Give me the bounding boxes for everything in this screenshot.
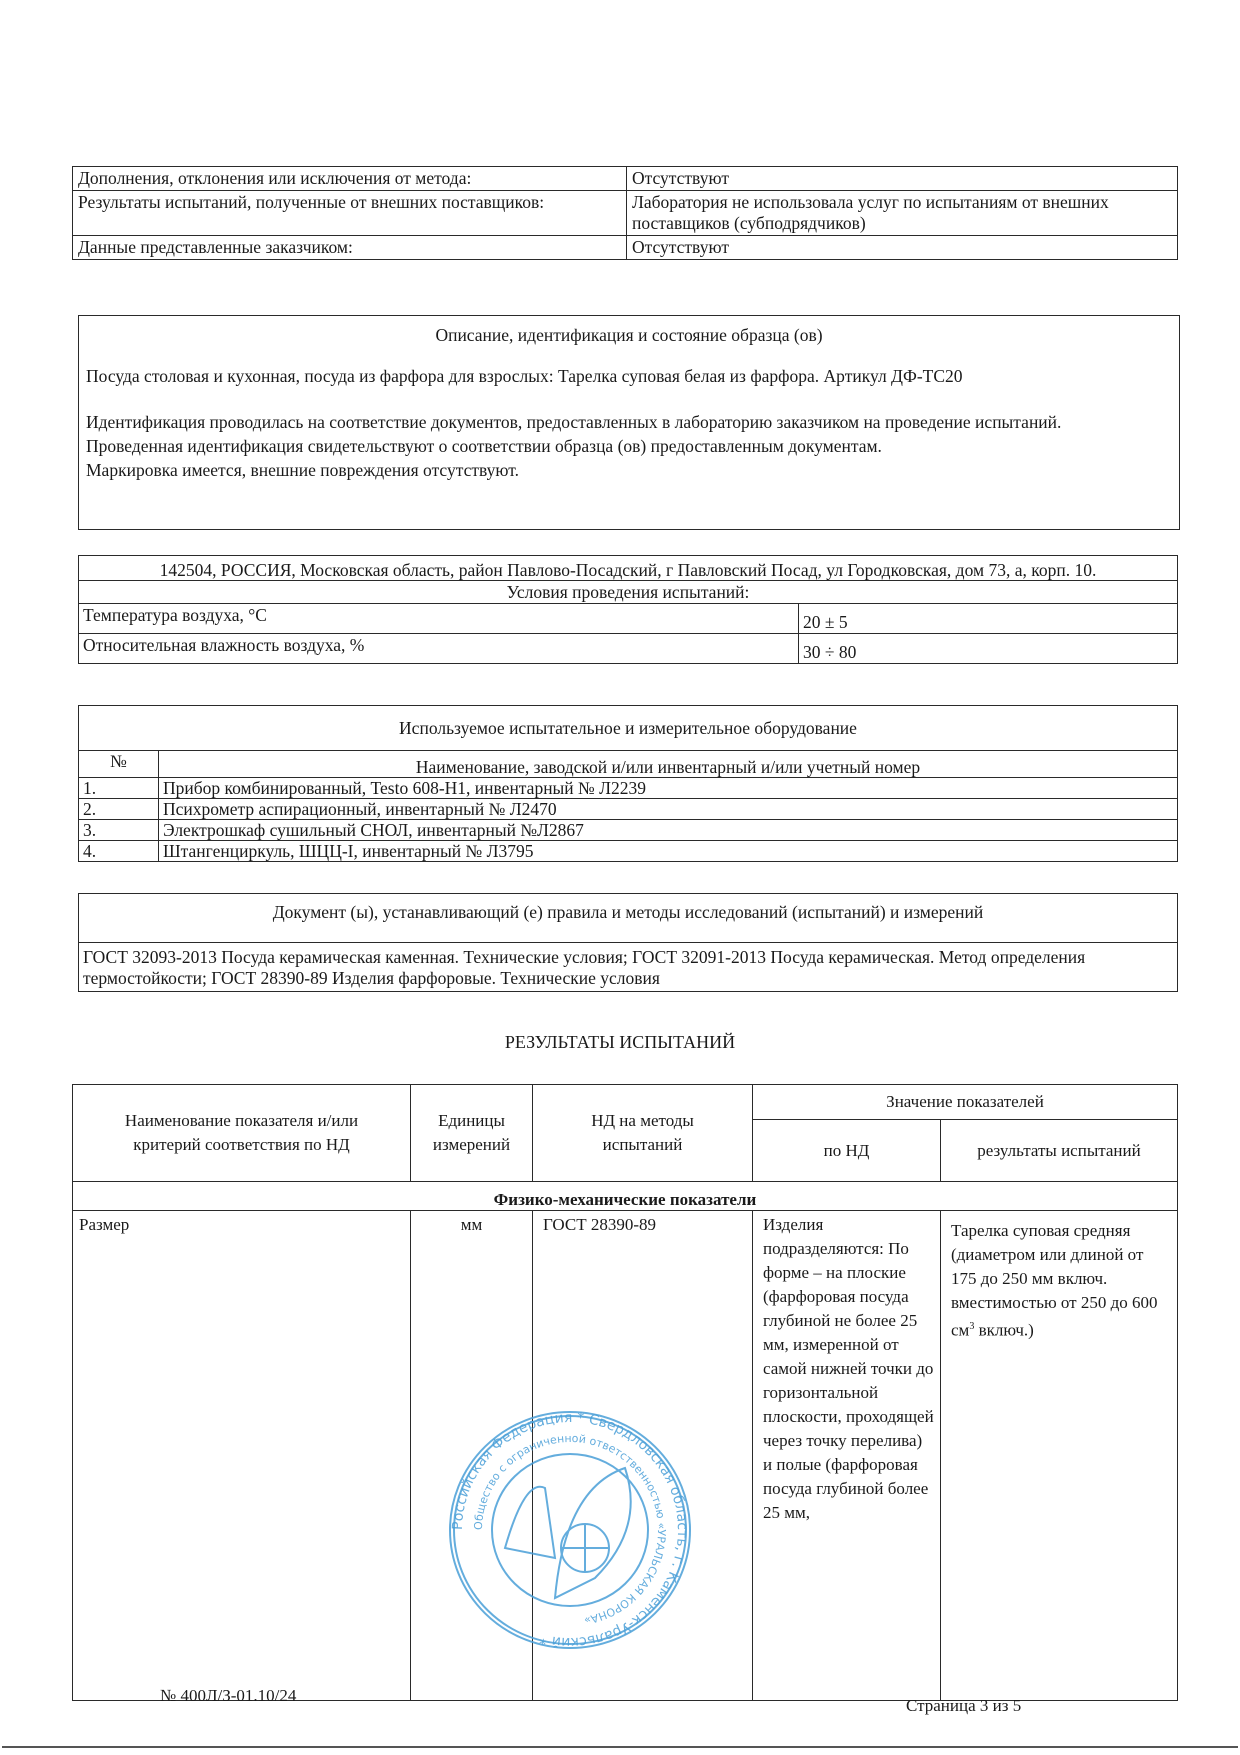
header-result: результаты испытаний (941, 1120, 1178, 1182)
header-units: Единицы измерений (411, 1085, 533, 1182)
result-indicator: Размер (73, 1211, 411, 1701)
info-label: Данные представленные заказчиком: (73, 236, 627, 260)
page-edge-divider (2, 1746, 1238, 1748)
sample-description-box: Описание, идентификация и состояние обра… (78, 315, 1180, 530)
equipment-name: Прибор комбинированный, Testo 608-H1, ин… (159, 778, 1178, 799)
table-row: 4. Штангенциркуль, ШЦЦ-I, инвентарный № … (79, 841, 1178, 862)
header-values: Значение показателей (753, 1085, 1178, 1120)
header-method: НД на методы испытаний (533, 1085, 753, 1182)
info-label: Результаты испытаний, полученные от внеш… (73, 191, 627, 236)
table-row: 1. Прибор комбинированный, Testo 608-H1,… (79, 778, 1178, 799)
document-number: № 400Л/З-01.10/24 (160, 1686, 296, 1706)
equipment-name: Штангенциркуль, ШЦЦ-I, инвентарный № Л37… (159, 841, 1178, 862)
result-value: Тарелка суповая средняя (диаметром или д… (941, 1211, 1178, 1701)
condition-value: 20 ± 5 (799, 604, 1178, 634)
documents-title: Документ (ы), устанавливающий (е) правил… (79, 894, 1178, 943)
info-label: Дополнения, отклонения или исключения от… (73, 167, 627, 191)
equipment-title: Используемое испытательное и измерительн… (79, 706, 1178, 751)
table-row: Относительная влажность воздуха, % 30 ÷ … (79, 634, 1178, 664)
sample-product: Посуда столовая и кухонная, посуда из фа… (79, 364, 1179, 388)
info-table: Дополнения, отклонения или исключения от… (72, 166, 1178, 260)
result-value-tail: включ.) (974, 1321, 1034, 1340)
table-row: Данные представленные заказчиком: Отсутс… (73, 236, 1178, 260)
result-by-nd: Изделия подразделяются: По форме – на пл… (753, 1211, 941, 1701)
sample-marking: Маркировка имеется, внешние повреждения … (79, 458, 1179, 482)
page-number: Страница 3 из 5 (906, 1696, 1021, 1716)
documents-table: Документ (ы), устанавливающий (е) правил… (78, 893, 1178, 992)
equipment-name: Электрошкаф сушильный СНОЛ, инвентарный … (159, 820, 1178, 841)
documents-text: ГОСТ 32093-2013 Посуда керамическая каме… (79, 943, 1178, 992)
equipment-name: Психрометр аспирационный, инвентарный № … (159, 799, 1178, 820)
equipment-header: № Наименование, заводской и/или инвентар… (79, 751, 1178, 778)
test-address: 142504, РОССИЯ, Московская область, райо… (79, 556, 1178, 581)
table-row: Дополнения, отклонения или исключения от… (73, 167, 1178, 191)
header-by-nd: по НД (753, 1120, 941, 1182)
info-value: Отсутствуют (627, 236, 1178, 260)
condition-label: Относительная влажность воздуха, % (79, 634, 799, 664)
equipment-col-name: Наименование, заводской и/или инвентарны… (159, 751, 1178, 778)
table-row: Температура воздуха, °С 20 ± 5 (79, 604, 1178, 634)
conditions-title: Условия проведения испытаний: (79, 581, 1178, 604)
info-value: Лаборатория не использовала услуг по исп… (627, 191, 1178, 236)
condition-label: Температура воздуха, °С (79, 604, 799, 634)
table-row: Результаты испытаний, полученные от внеш… (73, 191, 1178, 236)
table-row: 3. Электрошкаф сушильный СНОЛ, инвентарн… (79, 820, 1178, 841)
company-stamp-icon: Российская Федерация * Свердловская обла… (445, 1408, 695, 1653)
sample-identification: Идентификация проводилась на соответстви… (79, 410, 1179, 434)
sample-description-title: Описание, идентификация и состояние обра… (79, 325, 1179, 346)
sample-conformity: Проведенная идентификация свидетельствую… (79, 434, 1179, 458)
equipment-table: Используемое испытательное и измерительн… (78, 705, 1178, 862)
equipment-num: 2. (79, 799, 159, 820)
table-row: 2. Психрометр аспирационный, инвентарный… (79, 799, 1178, 820)
results-title: РЕЗУЛЬТАТЫ ИСПЫТАНИЙ (0, 1032, 1240, 1053)
equipment-col-num: № (79, 751, 159, 778)
equipment-num: 3. (79, 820, 159, 841)
condition-value: 30 ÷ 80 (799, 634, 1178, 664)
equipment-num: 1. (79, 778, 159, 799)
conditions-table: 142504, РОССИЯ, Московская область, райо… (78, 555, 1178, 664)
equipment-num: 4. (79, 841, 159, 862)
section-title: Физико-механические показатели (73, 1182, 1178, 1211)
info-value: Отсутствуют (627, 167, 1178, 191)
header-indicator: Наименование показателя и/или критерий с… (73, 1085, 411, 1182)
